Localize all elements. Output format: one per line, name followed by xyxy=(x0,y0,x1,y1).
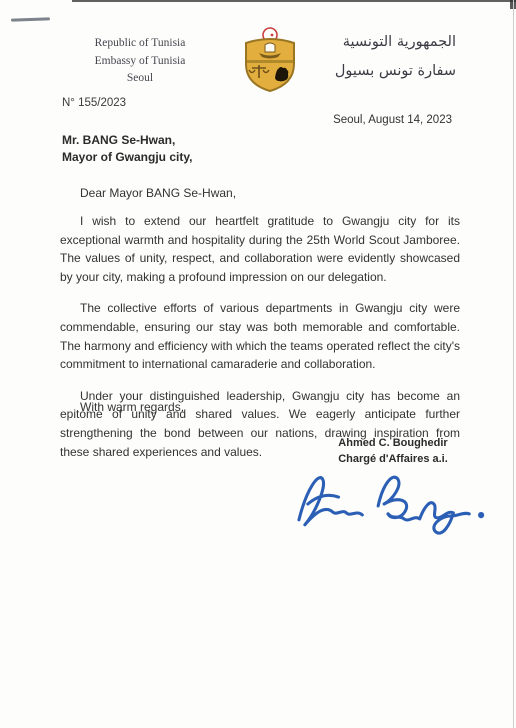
scanned-letter-page: Republic of Tunisia Embassy of Tunisia S… xyxy=(0,0,516,728)
letter-paragraph: The collective efforts of various depart… xyxy=(60,299,460,373)
letter-body: I wish to extend our heartfelt gratitude… xyxy=(60,212,460,474)
embassy-arabic-block: الجمهورية التونسية سفارة تونس بسيول xyxy=(286,28,456,86)
embassy-address-line: Embassy of Tunisia xyxy=(72,53,208,71)
signatory-block: Ahmed C. Boughedir Chargé d'Affaires a.i… xyxy=(338,436,448,467)
dateline: Seoul, August 14, 2023 xyxy=(333,114,452,126)
signatory-title: Chargé d'Affaires a.i. xyxy=(338,452,448,468)
embassy-address-line: Seoul xyxy=(72,70,208,88)
embassy-arabic-line: الجمهورية التونسية xyxy=(286,28,456,57)
salutation: Dear Mayor BANG Se-Hwan, xyxy=(80,186,236,200)
signatory-name: Ahmed C. Boughedir xyxy=(338,436,448,452)
embassy-address-line: Republic of Tunisia xyxy=(72,35,208,53)
scan-artifact-top-line xyxy=(72,0,516,2)
recipient-name: Mr. BANG Se-Hwan, xyxy=(62,132,192,149)
embassy-address-block: Republic of Tunisia Embassy of Tunisia S… xyxy=(72,35,208,88)
handwritten-signature-icon xyxy=(293,466,491,540)
reference-number: N° 155/2023 xyxy=(62,97,126,109)
closing-phrase: With warm regards, xyxy=(80,400,184,414)
recipient-block: Mr. BANG Se-Hwan, Mayor of Gwangju city, xyxy=(62,132,192,165)
scan-artifact-dash xyxy=(11,17,50,21)
scan-artifact-right-edge xyxy=(513,0,514,728)
recipient-title: Mayor of Gwangju city, xyxy=(62,149,192,166)
embassy-arabic-line: سفارة تونس بسيول xyxy=(286,57,456,86)
letter-paragraph: I wish to extend our heartfelt gratitude… xyxy=(60,212,460,286)
